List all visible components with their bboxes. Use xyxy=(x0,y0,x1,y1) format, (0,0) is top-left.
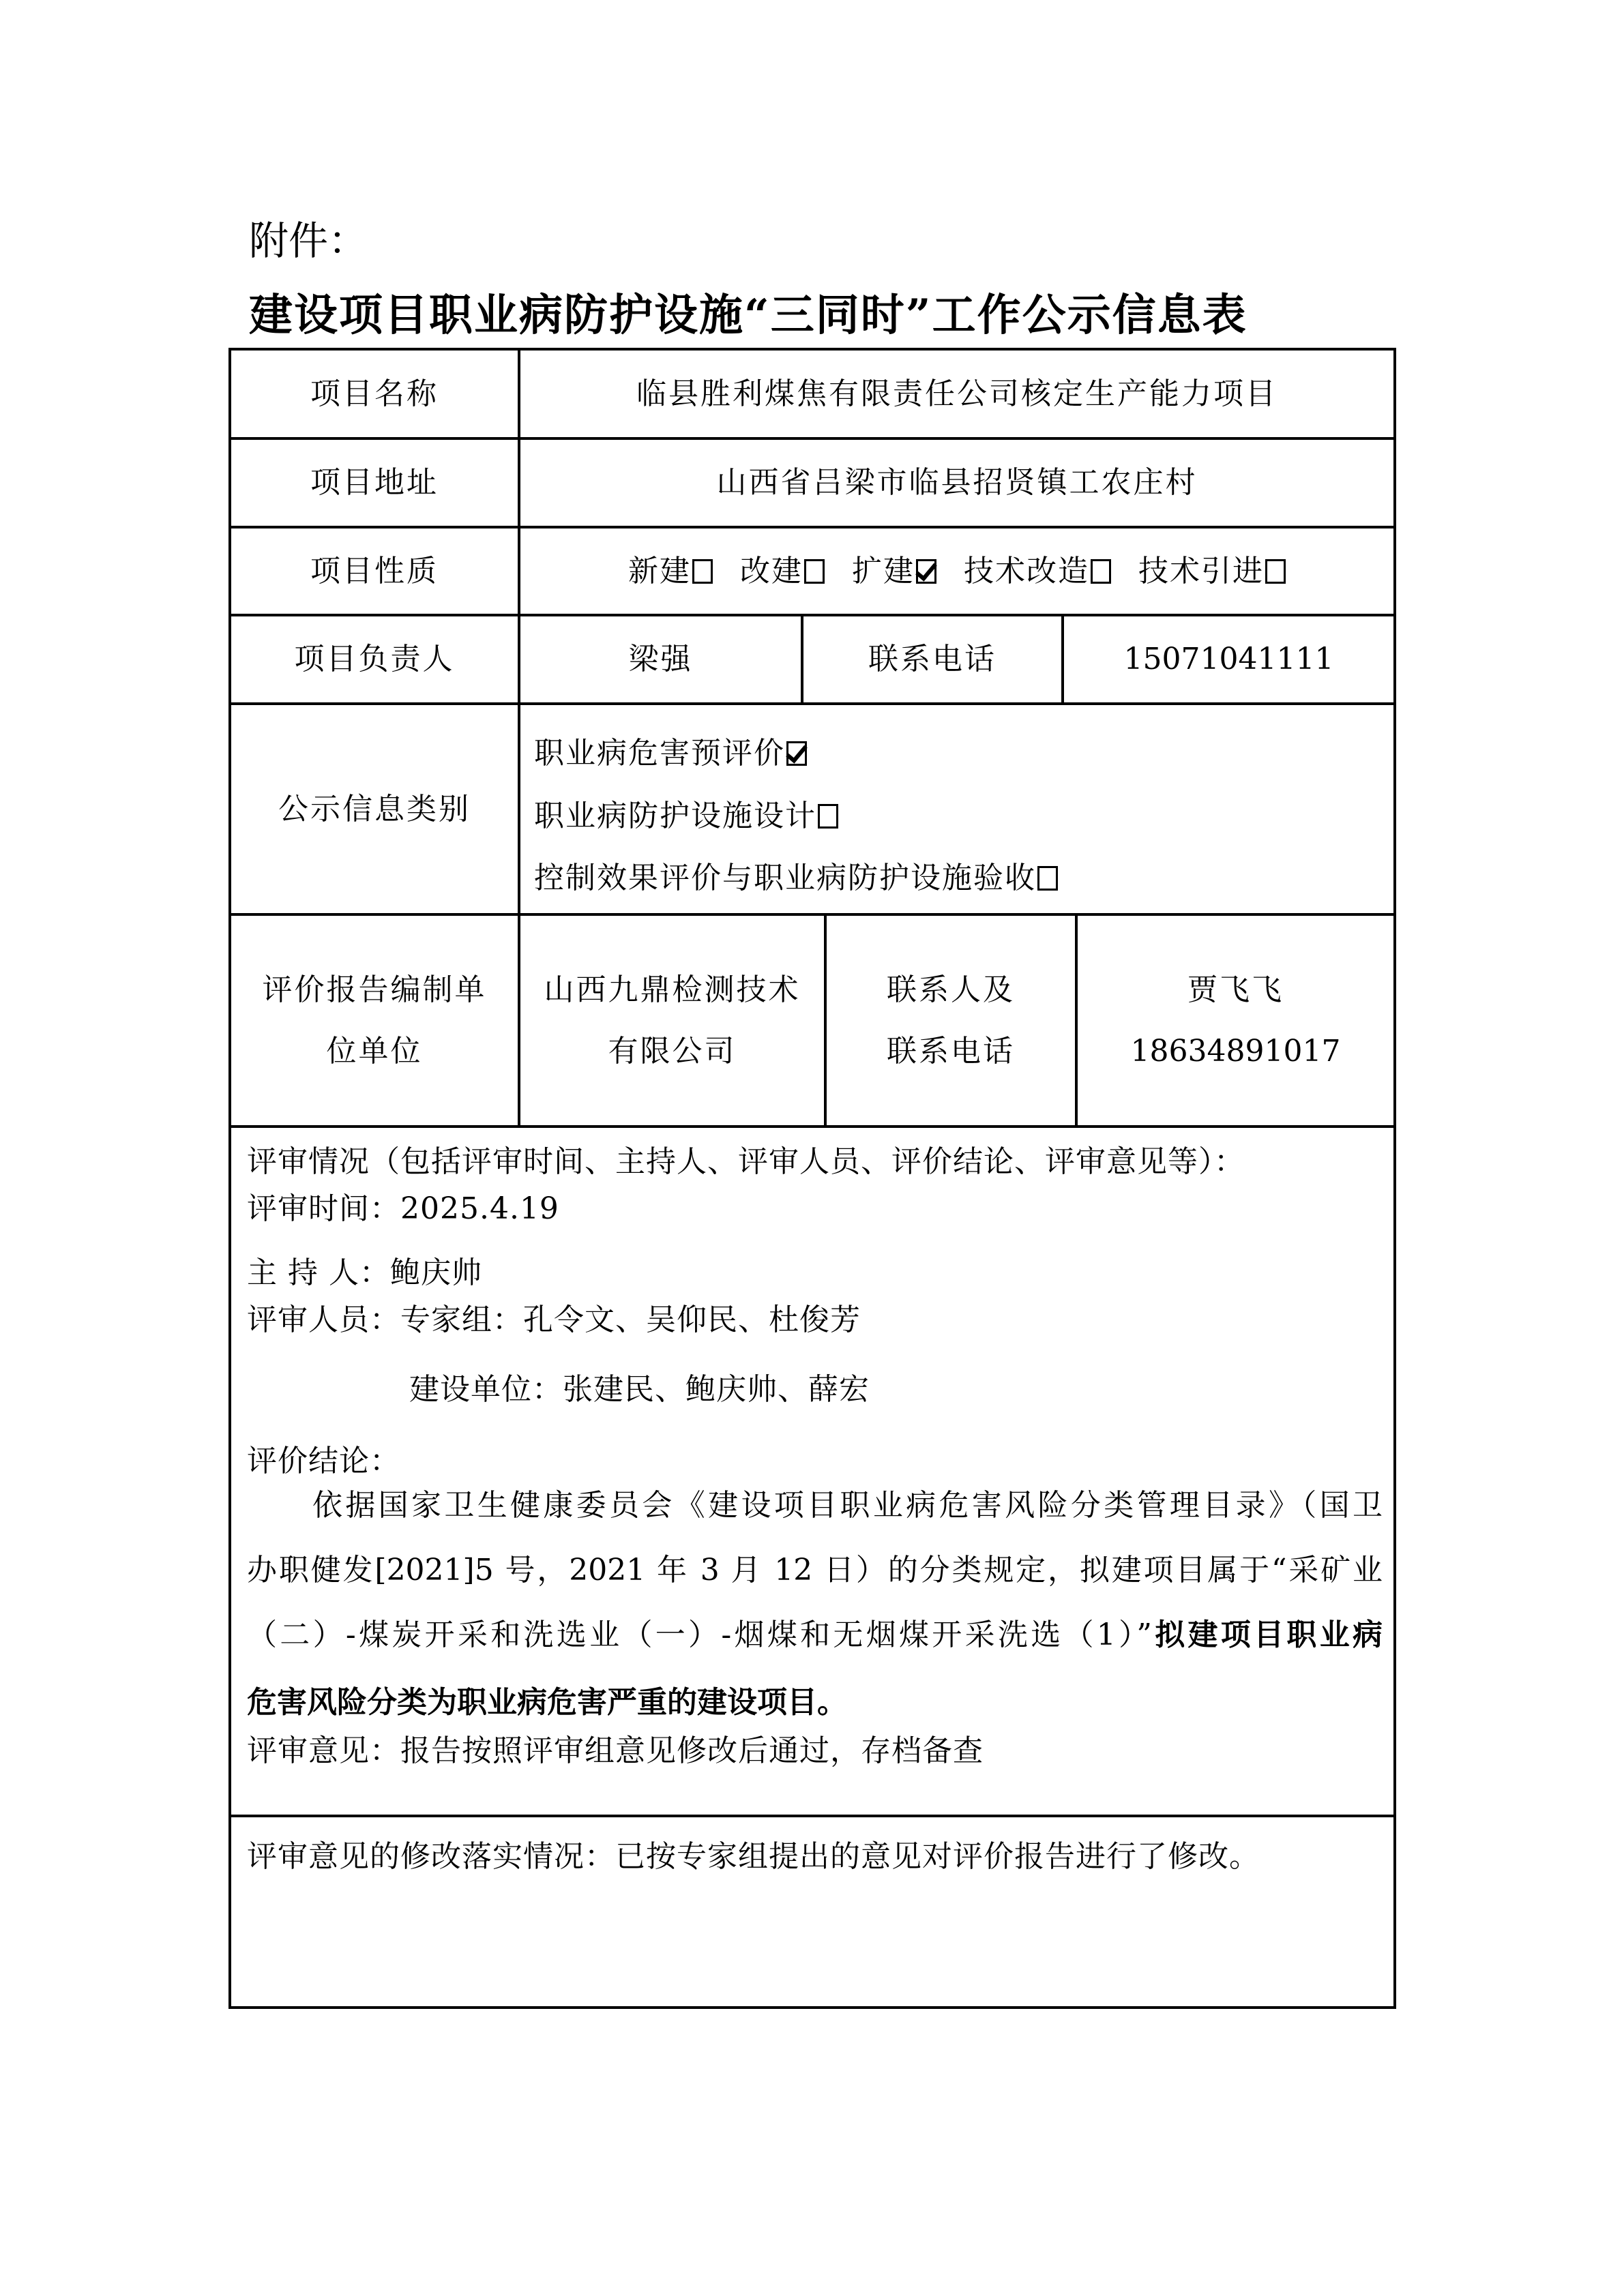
review-host: 主 持 人：鲍庆帅 xyxy=(247,1253,482,1294)
checkbox-unchecked-icon[interactable] xyxy=(692,559,713,584)
option-label: 扩建 xyxy=(852,554,915,588)
project-lead-name: 梁强 xyxy=(520,616,801,702)
review-members-builder: 建设单位：张建民、鲍庆帅、薛宏 xyxy=(409,1369,870,1410)
review-opinion: 评审意见：报告按照评审组意见修改后通过，存档备查 xyxy=(247,1731,984,1772)
option-label: 职业病危害预评价 xyxy=(534,736,785,771)
checkbox-unchecked-icon[interactable] xyxy=(804,559,825,584)
report-unit-value: 山西九鼎检测技术 有限公司 xyxy=(520,916,824,1125)
option-label: 技术引进 xyxy=(1138,554,1264,588)
report-unit-line1: 山西九鼎检测技术 xyxy=(544,959,801,1021)
page-title: 建设项目职业病防护设施“三同时”工作公示信息表 xyxy=(249,290,1247,342)
contact-name: 贾飞飞 xyxy=(1187,959,1284,1021)
category-option-pre-evaluation[interactable]: 职业病危害预评价 xyxy=(534,733,807,774)
project-lead-phone: 15071041111 xyxy=(1064,616,1393,702)
project-lead-phone-label: 联系电话 xyxy=(803,616,1061,702)
conclusion-label: 评价结论： xyxy=(247,1441,400,1482)
conclusion-line-1: 依据国家卫生健康委员会《建设项目职业病危害风险分类管理目录》（国卫 xyxy=(312,1485,1383,1526)
option-rebuild[interactable]: 改建 xyxy=(740,541,825,602)
category-option-control-acceptance[interactable]: 控制效果评价与职业病防护设施验收 xyxy=(534,858,1058,899)
category-option-facility-design[interactable]: 职业病防护设施设计 xyxy=(534,796,838,837)
option-expansion[interactable]: 扩建 xyxy=(852,541,936,602)
conclusion-line-3: （二）-煤炭开采和洗选业（一）-烟煤和无烟煤开采洗选（1）”拟建项目职业病 xyxy=(247,1615,1383,1656)
contact-value: 贾飞飞 18634891017 xyxy=(1078,916,1393,1125)
project-address-value: 山西省吕梁市临县招贤镇工农庄村 xyxy=(520,440,1393,526)
option-label: 职业病防护设施设计 xyxy=(534,799,816,833)
contact-label-line1: 联系人及 xyxy=(887,959,1015,1021)
info-category-label: 公示信息类别 xyxy=(231,705,518,913)
option-label: 技术改造 xyxy=(964,554,1089,588)
row-divider xyxy=(230,1815,1396,1817)
attachment-label: 附件： xyxy=(249,217,368,265)
conclusion-text: 办职健发[2021]5 号，2021 年 3 月 12 日）的分类规定，拟建项目… xyxy=(247,1553,1383,1587)
report-unit-label: 评价报告编制单 位单位 xyxy=(231,916,518,1125)
project-lead-label: 项目负责人 xyxy=(231,616,518,702)
option-label: 新建 xyxy=(628,554,691,588)
option-new-build[interactable]: 新建 xyxy=(628,541,713,602)
project-nature-options: 新建 改建 扩建 技术改造 技术引进 xyxy=(520,528,1393,614)
checkbox-checked-icon[interactable] xyxy=(916,559,936,584)
conclusion-bold-text: 拟建项目职业病 xyxy=(1152,1617,1383,1652)
contact-phone: 18634891017 xyxy=(1131,1021,1341,1082)
report-unit-line2: 有限公司 xyxy=(608,1021,737,1082)
checkbox-checked-icon[interactable] xyxy=(786,741,807,766)
checkbox-unchecked-icon[interactable] xyxy=(1091,559,1111,584)
table-border-right xyxy=(1393,348,1396,2009)
checkbox-unchecked-icon[interactable] xyxy=(1037,866,1058,891)
review-heading: 评审情况（包括评审时间、主持人、评审人员、评价结论、评审意见等）： xyxy=(247,1142,1245,1182)
project-name-label: 项目名称 xyxy=(231,351,518,437)
review-time: 评审时间：2025.4.19 xyxy=(247,1189,559,1229)
option-tech-introduction[interactable]: 技术引进 xyxy=(1138,541,1286,602)
option-label: 改建 xyxy=(740,554,803,588)
conclusion-text: （二）-煤炭开采和洗选业（一）-烟煤和无烟煤开采洗选（1）” xyxy=(247,1617,1152,1652)
conclusion-text: 依据国家卫生健康委员会《建设项目职业病危害风险分类管理目录》（国卫 xyxy=(312,1488,1383,1523)
review-members-expert: 评审人员：专家组：孔令文、吴仰民、杜俊芳 xyxy=(247,1300,861,1341)
contact-label-line2: 联系电话 xyxy=(887,1021,1015,1082)
checkbox-unchecked-icon[interactable] xyxy=(1265,559,1286,584)
conclusion-line-2: 办职健发[2021]5 号，2021 年 3 月 12 日）的分类规定，拟建项目… xyxy=(247,1550,1383,1591)
conclusion-line-4: 危害风险分类为职业病危害严重的建设项目。 xyxy=(247,1682,1383,1723)
project-name-value: 临县胜利煤焦有限责任公司核定生产能力项目 xyxy=(520,351,1393,437)
option-label: 控制效果评价与职业病防护设施验收 xyxy=(534,861,1036,895)
table-border-bottom xyxy=(230,2006,1396,2009)
contact-label: 联系人及 联系电话 xyxy=(827,916,1075,1125)
project-nature-label: 项目性质 xyxy=(231,528,518,614)
report-unit-label-line1: 评价报告编制单 xyxy=(263,959,487,1021)
project-address-label: 项目地址 xyxy=(231,440,518,526)
revision-status: 评审意见的修改落实情况：已按专家组提出的意见对评价报告进行了修改。 xyxy=(247,1836,1260,1877)
report-unit-label-line2: 位单位 xyxy=(327,1021,423,1082)
checkbox-unchecked-icon[interactable] xyxy=(818,804,838,829)
option-tech-renovation[interactable]: 技术改造 xyxy=(964,541,1111,602)
row-divider xyxy=(230,1125,1396,1128)
